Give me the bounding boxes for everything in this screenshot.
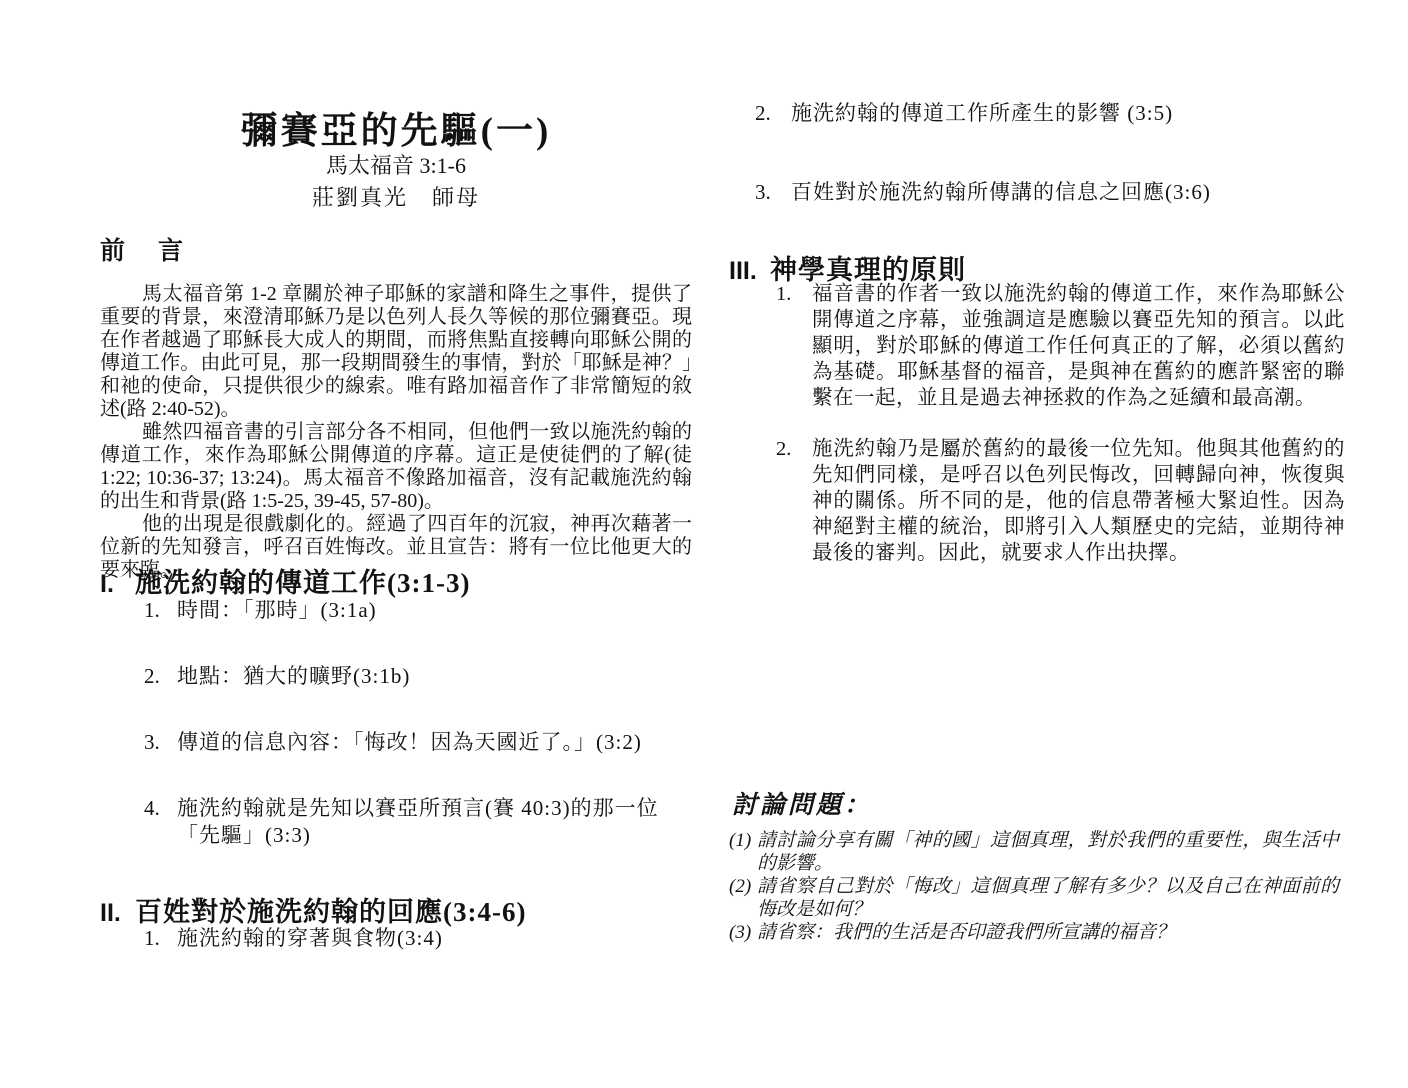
question-text: 請省察自己對於「悔改」這個真理了解有多少？以及自己在神面前的悔改是如何？: [757, 875, 1339, 921]
question-text: 請省察：我們的生活是否印證我們所宣講的福音？: [757, 921, 1339, 944]
item-number: 2.: [755, 100, 791, 127]
question-number: (2): [729, 875, 757, 921]
item-number: 1.: [144, 925, 177, 952]
item-text: 施洗約翰就是先知以賽亞所預言(賽 40:3)的那一位「先驅」(3:3): [177, 795, 692, 849]
outline-item-2-1: 1. 施洗約翰的穿著與食物(3:4): [100, 925, 692, 952]
outline-item-2-3: 3. 百姓對於施洗約翰所傳講的信息之回應(3:6): [729, 179, 1345, 206]
section-1-heading: I. 施洗約翰的傳道工作(3:1-3): [100, 561, 692, 600]
discussion-list: (1) 請討論分享有關「神的國」這個真理，對於我們的重要性，與生活中的影響。 (…: [729, 829, 1339, 944]
discussion-question-1: (1) 請討論分享有關「神的國」這個真理，對於我們的重要性，與生活中的影響。: [729, 829, 1339, 875]
discussion-question-3: (3) 請省察：我們的生活是否印證我們所宣講的福音？: [729, 921, 1339, 944]
question-number: (1): [729, 829, 757, 875]
discussion-question-2: (2) 請省察自己對於「悔改」這個真理了解有多少？以及自己在神面前的悔改是如何？: [729, 875, 1339, 921]
outline-item-3-1: 1. 福音書的作者一致以施洗約翰的傳道工作，來作為耶穌公開傳道之序幕，並強調這是…: [729, 281, 1345, 411]
item-text: 時間：「那時」(3:1a): [177, 597, 692, 624]
item-text: 施洗約翰的穿著與食物(3:4): [177, 925, 692, 952]
outline-item-1-4: 4. 施洗約翰就是先知以賽亞所預言(賽 40:3)的那一位「先驅」(3:3): [100, 795, 692, 849]
scripture-reference: 馬太福音 3:1-6: [100, 149, 692, 180]
author-line: 莊劉真光 師母: [100, 181, 692, 212]
outline-item-1-2: 2. 地點：猶大的曠野(3:1b): [100, 663, 692, 690]
preface-body: 馬太福音第 1-2 章關於神子耶穌的家譜和降生之事件，提供了重要的背景，來澄清耶…: [100, 283, 692, 582]
item-number: 3.: [755, 179, 791, 206]
item-text: 百姓對於施洗約翰所傳講的信息之回應(3:6): [791, 179, 1345, 206]
preface-paragraph-1: 馬太福音第 1-2 章關於神子耶穌的家譜和降生之事件，提供了重要的背景，來澄清耶…: [100, 283, 692, 421]
page-title: 彌賽亞的先驅(一): [100, 100, 692, 154]
item-text: 福音書的作者一致以施洗約翰的傳道工作，來作為耶穌公開傳道之序幕，並強調這是應驗以…: [812, 281, 1345, 411]
discussion-heading: 討論問題：: [732, 785, 872, 821]
document-page: 彌賽亞的先驅(一) 馬太福音 3:1-6 莊劉真光 師母 前 言 馬太福音第 1…: [0, 0, 1408, 1088]
item-text: 傳道的信息內容：「悔改！因為天國近了。」(3:2): [177, 729, 692, 756]
section-1-numeral: I.: [100, 570, 135, 599]
question-text: 請討論分享有關「神的國」這個真理，對於我們的重要性，與生活中的影響。: [757, 829, 1339, 875]
preface-paragraph-2: 雖然四福音書的引言部分各不相同，但他們一致以施洗約翰的傳道工作，來作為耶穌公開傳…: [100, 421, 692, 513]
item-text: 地點：猶大的曠野(3:1b): [177, 663, 692, 690]
item-text: 施洗約翰乃是屬於舊約的最後一位先知。他與其他舊約的先知們同樣，是呼召以色列民悔改…: [812, 436, 1345, 566]
question-number: (3): [729, 921, 757, 944]
outline-item-2-2: 2. 施洗約翰的傳道工作所產生的影響 (3:5): [729, 100, 1345, 127]
outline-item-1-1: 1. 時間：「那時」(3:1a): [100, 597, 692, 624]
item-number: 2.: [776, 436, 812, 566]
outline-item-1-3: 3. 傳道的信息內容：「悔改！因為天國近了。」(3:2): [100, 729, 692, 756]
item-number: 1.: [144, 597, 177, 624]
item-text: 施洗約翰的傳道工作所產生的影響 (3:5): [791, 100, 1345, 127]
item-number: 3.: [144, 729, 177, 756]
item-number: 2.: [144, 663, 177, 690]
item-number: 4.: [144, 795, 177, 849]
section-2-heading: II. 百姓對於施洗約翰的回應(3:4-6): [100, 890, 692, 929]
section-1-title: 施洗約翰的傳道工作(3:1-3): [135, 561, 470, 600]
section-2-title: 百姓對於施洗約翰的回應(3:4-6): [135, 890, 526, 929]
item-number: 1.: [776, 281, 812, 411]
section-2-numeral: II.: [100, 899, 135, 928]
outline-item-3-2: 2. 施洗約翰乃是屬於舊約的最後一位先知。他與其他舊約的先知們同樣，是呼召以色列…: [729, 436, 1345, 566]
preface-heading: 前 言: [100, 231, 187, 267]
